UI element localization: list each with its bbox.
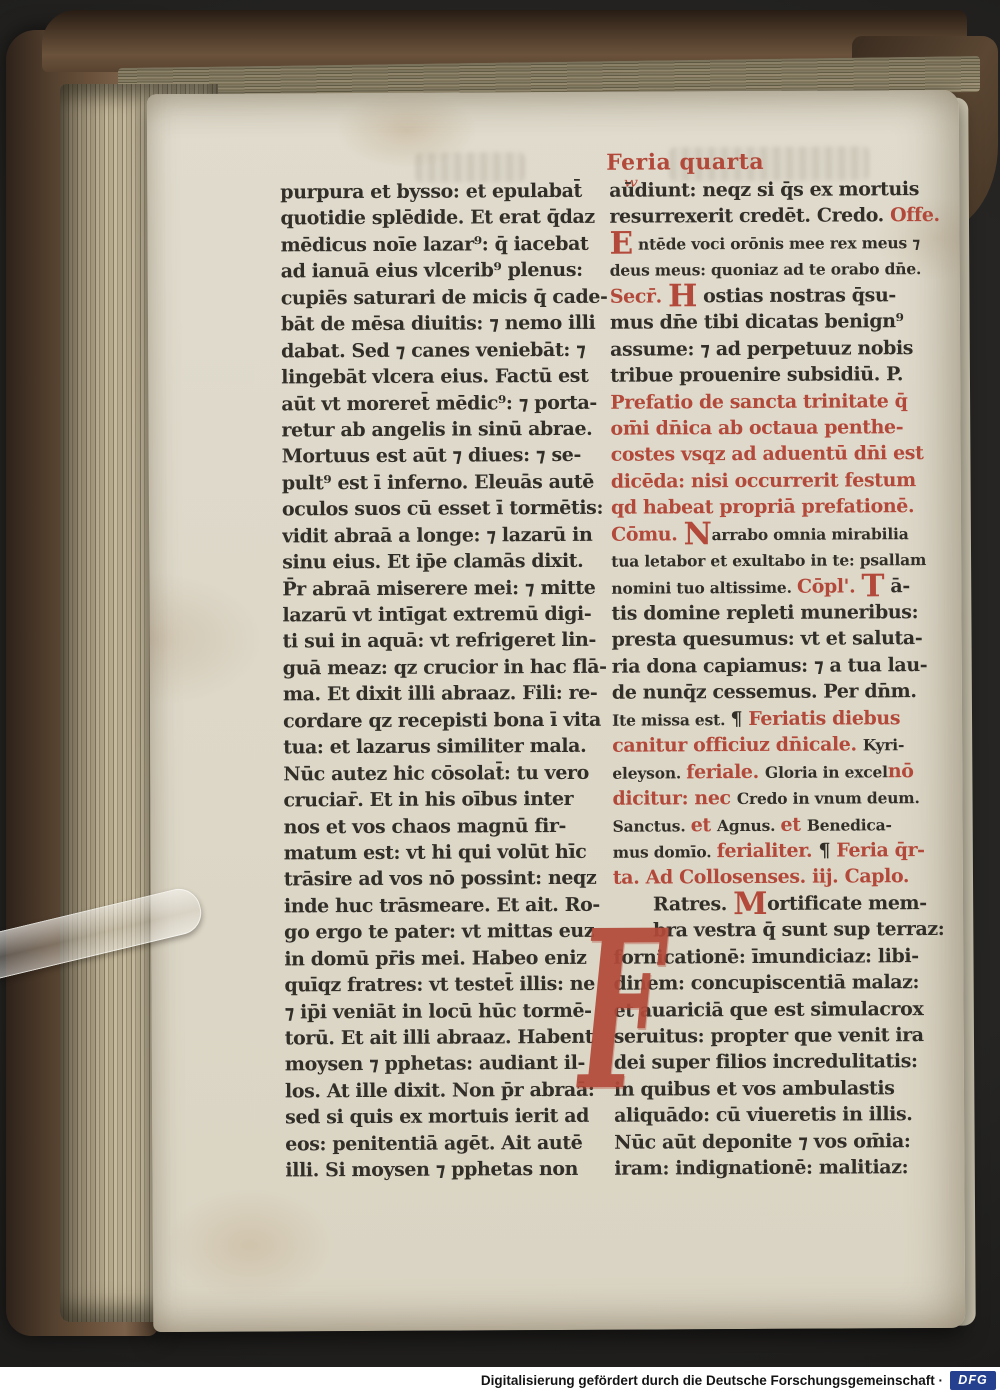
text-line: trāsire ad vos nō possint: neqz	[284, 865, 610, 893]
text-line: purpura et bysso: et epulabat̄	[280, 178, 606, 206]
text-line: aūdiunt: neqz si q̄s ex mortuis	[609, 176, 943, 204]
text-line: sed si quis ex mortuis ierit ad	[285, 1103, 611, 1131]
text-line: dicēda: nisi occurrerit festum	[611, 467, 945, 495]
text-line: ⁊ ip̄i veniāt in locū hūc tormē-	[285, 997, 611, 1025]
text-line: P̄r abraā miserere mei: ⁊ mitte	[282, 574, 608, 602]
text-line: tribue prouenire subsidiū. P.	[610, 361, 944, 389]
text-line: dinem: concupiscentiā malaz:	[613, 969, 947, 997]
dfg-logo: DFG	[950, 1371, 996, 1390]
text-line: ma. Et dixit illi abraaz. Fili: re-	[283, 680, 609, 708]
text-line: bra vestra q̄ sunt sup terraz:	[613, 916, 947, 944]
text-line: lazarū vt intīgat extremū digi-	[282, 601, 608, 629]
text-line: illi. Si moysen ⁊ pphetas non	[285, 1156, 611, 1184]
text-line: oculos suos cū esset ī tormētis:	[282, 495, 608, 523]
text-line: om̄i dn̄ica ab octaua penthe-	[610, 414, 944, 442]
text-line: mus domīo. ferialiter. ¶ Feria q̄r-	[613, 837, 947, 865]
text-line: Nūc autez hic cōsolat̄: tu vero	[283, 759, 609, 787]
left-column: purpura et bysso: et epulabat̄quotidie s…	[280, 178, 611, 1184]
text-line: ti sui in aquā: vt refrigeret lin-	[283, 627, 609, 655]
text-line: mēdicus noīe lazar⁹: q̄ iacebat	[280, 231, 606, 259]
text-line: torū. Et ait illi abraaz. Habent	[285, 1024, 611, 1052]
text-line: sinu eius. Et ip̄e clamās dixit.	[282, 548, 608, 576]
text-line: ad ianuā eius vlcerib⁹ plenus:	[281, 257, 607, 285]
text-line: Nūc aūt deponite ⁊ vos om̄ia:	[614, 1128, 948, 1156]
text-line: tua: et lazarus similiter mala.	[283, 733, 609, 761]
text-line: cupiēs saturari de micis q̄ cade-	[281, 283, 607, 311]
text-line: dabat. Sed ⁊ canes veniebāt: ⁊	[281, 336, 607, 364]
text-line: nomini tuo altissime. Cōpl'. T ā-	[611, 573, 945, 601]
text-line: bāt de mēsa diuitis: ⁊ nemo illi	[281, 310, 607, 338]
text-line: tua letabor et exultabo in te: psallam	[611, 546, 945, 574]
text-line: Prefatio de sancta trinitate q̄	[610, 387, 944, 415]
text-line: Ite missa est. ¶ Feriatis diebus	[612, 705, 946, 733]
text-line: seruitus: propter que venit ira	[614, 1022, 948, 1050]
text-line: resurrexerit credēt. Credo. Offe.	[609, 202, 943, 230]
text-line: et auariciā que est simulacrox	[613, 996, 947, 1024]
text-line: canitur officiuz dn̄icale. Kyri-	[612, 731, 946, 759]
digitized-book-photo: Feria quarta w purpura et bysso: et epul…	[0, 0, 1000, 1394]
text-line: Ratres. Mortificate mem-	[613, 890, 947, 918]
text-line: eos: penitentiā agēt. Ait autē	[285, 1129, 611, 1157]
text-line: in domū pr̄is mei. Habeo eniz	[284, 944, 610, 972]
text-line: ta. Ad Collosenses. iij. Caplo.	[613, 863, 947, 891]
digitization-credit: Digitalisierung gefördert durch die Deut…	[481, 1373, 943, 1388]
text-line: Secr̄. H ostias nostras q̄su-	[610, 282, 944, 310]
text-line: Sanctus. et Agnus. et Benedica-	[613, 810, 947, 838]
text-line: assume: ⁊ ad perpetuuz nobis	[610, 335, 944, 363]
manuscript-page: Feria quarta w purpura et bysso: et epul…	[147, 90, 965, 1332]
text-line: retur ab angelis in sinū abrae.	[281, 416, 607, 444]
text-line: qd habeat propriā prefationē.	[611, 493, 945, 521]
text-line: los. At ille dixit. Non p̄r abraā:	[285, 1077, 611, 1105]
text-line: fornicationē: īmundiciaz: libi-	[613, 943, 947, 971]
text-line: iram: indignationē: malitiaz:	[614, 1154, 948, 1182]
text-line: costes vsqz ad aduentū dn̄i est	[611, 440, 945, 468]
text-line: Mortuus est aūt ⁊ diues: ⁊ se-	[282, 442, 608, 470]
text-line: inde huc trāsmeare. Et ait. Ro-	[284, 892, 610, 920]
initial-f-ornament: F	[578, 882, 654, 1312]
footer-bar: Digitalisierung gefördert durch die Deut…	[0, 1367, 1000, 1394]
text-line: quīqz fratres: vt testet̄ illis: ne	[284, 971, 610, 999]
text-line: ria dona capiamus: ⁊ a tua lau-	[612, 652, 946, 680]
text-line: dicitur: nec Credo in vnum deum.	[612, 784, 946, 812]
text-line: presta quesumus: vt et saluta-	[612, 625, 946, 653]
text-line: lingebāt vlcera eius. Factū est	[281, 363, 607, 391]
text-line: dei super filios incredulitatis:	[614, 1048, 948, 1076]
text-line: de nunq̄z cessemus. Per dn̄m.	[612, 678, 946, 706]
text-line: pult⁹ est ī inferno. Eleuās autē	[282, 469, 608, 497]
text-line: aliquādo: cū viueretis in illis.	[614, 1101, 948, 1129]
text-line: go ergo te pater: vt mittas euz	[284, 918, 610, 946]
text-line: Cōmu. Narrabo omnia mirabilia	[611, 520, 945, 548]
text-line: mus dn̄e tibi dicatas benign⁹	[610, 308, 944, 336]
text-line: cruciar̄. Et in his oībus inter	[283, 786, 609, 814]
text-line: in quibus et vos ambulastis	[614, 1075, 948, 1103]
text-line: quotidie splēdide. Et erat q̄daz	[280, 204, 606, 232]
text-line: eleyson. feriale. Gloria in excelnō	[612, 758, 946, 786]
text-line: cordare qz recepisti bona ī vita	[283, 706, 609, 734]
text-line: deus meus: quoniaz ad te orabo dn̄e.	[610, 255, 944, 283]
text-line: aūt vt moreret̄ mēdic⁹: ⁊ porta-	[281, 389, 607, 417]
text-line: tis domine repleti muneribus:	[611, 599, 945, 627]
text-line: matum est: vt hi qui volūt hīc	[284, 839, 610, 867]
text-line: moysen ⁊ pphetas: audiant il-	[285, 1050, 611, 1078]
text-line: vidit abraā a longe: ⁊ lazarū in	[282, 521, 608, 549]
page-heading: Feria quarta	[535, 149, 835, 177]
text-line: guā meaz: qz crucior in hac flā-	[283, 654, 609, 682]
text-line: nos et vos chaos magnū fir-	[284, 812, 610, 840]
text-line: E ntēde voci orōnis mee rex meus ⁊	[609, 229, 943, 257]
